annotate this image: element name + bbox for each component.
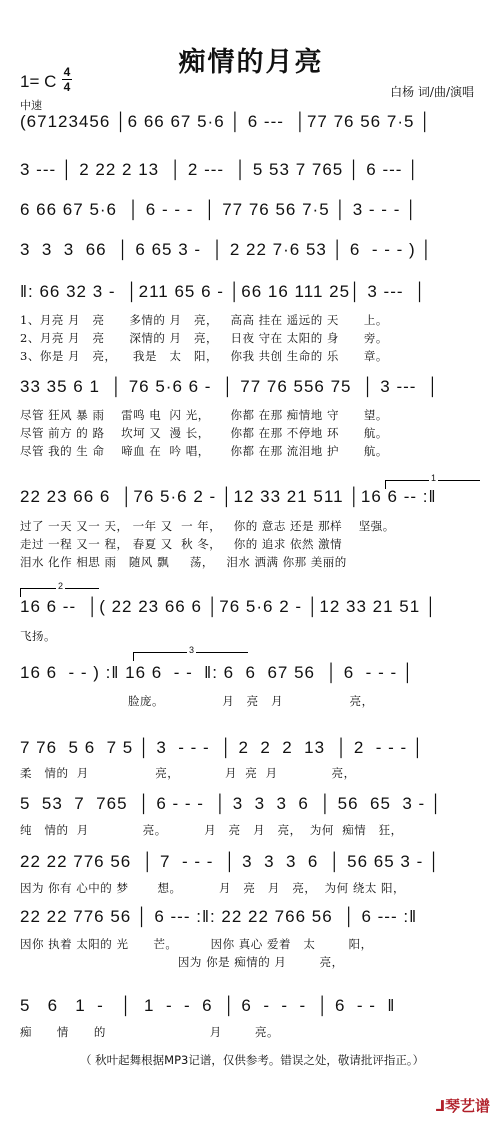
watermark-logo: ⅃琴艺谱 xyxy=(435,1095,490,1116)
time-signature: 4 4 xyxy=(62,66,72,93)
lyric-line: 脸庞。 月 亮 月 亮， xyxy=(20,693,490,709)
notation-row: 22 22 776 56 │ 6 --- :‖: 22 22 766 56 │ … xyxy=(20,907,485,927)
logo-text: 琴艺谱 xyxy=(445,1097,490,1115)
logo-icon: ⅃ xyxy=(435,1097,445,1115)
notation-row: 3 3 3 66 │ 6 65 3 - │ 2 22 7·6 53 │ 6 - … xyxy=(20,240,485,260)
notation-row: 33 35 6 1 │ 76 5·6 6 - │ 77 76 556 75 │ … xyxy=(20,377,485,397)
author-credit: 白杨 词/曲/演唱 xyxy=(390,83,474,100)
lyric-line: 痴 情 的 月 亮。 xyxy=(20,1024,490,1040)
time-sig-top: 4 xyxy=(62,66,72,78)
notation-row: 3 --- │ 2 22 2 13 │ 2 --- │ 5 53 7 765 │… xyxy=(20,160,485,180)
lyric-line: 因为 你是 痴情的 月 亮， xyxy=(20,954,490,970)
volta-label: 3 xyxy=(187,645,196,655)
lyric-line: 走过 一程 又一 程， 春夏 又 秋 冬， 你的 追求 依然 激情 xyxy=(20,536,490,552)
time-sig-bottom: 4 xyxy=(62,81,72,93)
lyric-line: 尽管 狂风 暴 雨 雷鸣 电 闪 光， 你都 在那 痴情地 守 望。 xyxy=(20,407,490,423)
notation-row: 7 76 5 6 7 5 │ 3 - - - │ 2 2 2 13 │ 2 - … xyxy=(20,738,485,758)
volta-bracket: 3 xyxy=(133,652,248,661)
lyric-line: 2、月亮 月 亮 深情的 月 亮， 日夜 守在 太阳的 身 旁。 xyxy=(20,330,490,346)
lyric-line: 3、你是 月 亮， 我是 太 阳， 你我 共创 生命的 乐 章。 xyxy=(20,348,490,364)
notation-row: 5 6 1 - │ 1 - - 6 │ 6 - - - │ 6 - - ‖ xyxy=(20,996,485,1016)
lyric-line: 柔 情的 月 亮， 月 亮 月 亮， xyxy=(20,765,490,781)
song-title: 痴情的月亮 xyxy=(0,40,502,79)
notation-row: 22 23 66 6 │76 5·6 2 - │12 33 21 511 │16… xyxy=(20,487,485,507)
notation-row: 16 6 -- │( 22 23 66 6 │76 5·6 2 - │12 33… xyxy=(20,597,485,617)
volta-bracket: 2 xyxy=(20,588,99,597)
lyric-line: 因为 你有 心中的 梦 想。 月 亮 月 亮， 为何 绕太 阳， xyxy=(20,880,490,896)
transcription-note: （ 秋叶起舞根据MP3记谱，仅供参考。错误之处，敬请批评指正。） xyxy=(80,1052,424,1068)
notation-row: 5 53 7 765 │ 6 - - - │ 3 3 3 6 │ 56 65 3… xyxy=(20,794,485,814)
volta-bracket: 1 xyxy=(385,480,480,489)
notation-row: 16 6 - - ) :‖ 16 6 - - ‖: 6 6 67 56 │ 6 … xyxy=(20,663,485,683)
lyric-line: 1、月亮 月 亮 多情的 月 亮， 高高 挂在 遥远的 天 上。 xyxy=(20,312,490,328)
notation-row: 22 22 776 56 │ 7 - - - │ 3 3 3 6 │ 56 65… xyxy=(20,852,485,872)
notation-row: 6 66 67 5·6 │ 6 - - - │ 77 76 56 7·5 │ 3… xyxy=(20,200,485,220)
notation-row: (67123456 │6 66 67 5·6 │ 6 --- │77 76 56… xyxy=(20,112,485,132)
lyric-line: 过了 一天 又一 天， 一年 又 一 年， 你的 意志 还是 那样 坚强。 xyxy=(20,518,490,534)
lyric-line: 尽管 我的 生 命 啼血 在 吟 唱， 你都 在那 流泪地 护 航。 xyxy=(20,443,490,459)
lyric-line: 泪水 化作 相思 雨 随风 飘 荡， 泪水 洒满 你那 美丽的 xyxy=(20,554,490,570)
lyric-line: 尽管 前方 的 路 坎坷 又 漫 长， 你都 在那 不停地 环 航。 xyxy=(20,425,490,441)
notation-row: ‖: 66 32 3 - │211 65 6 - │66 16 111 25│ … xyxy=(20,282,485,302)
lyric-line: 因你 执着 太阳的 光 芒。 因你 真心 爱着 太 阳， xyxy=(20,936,490,952)
volta-label: 1 xyxy=(429,473,438,483)
volta-label: 2 xyxy=(56,581,65,591)
key-signature: 1= C xyxy=(20,72,56,92)
lyric-line: 纯 情的 月 亮。 月 亮 月 亮， 为何 痴情 狂， xyxy=(20,822,490,838)
tempo-marking: 中速 xyxy=(20,97,42,113)
lyric-line: 飞扬。 xyxy=(20,628,490,644)
